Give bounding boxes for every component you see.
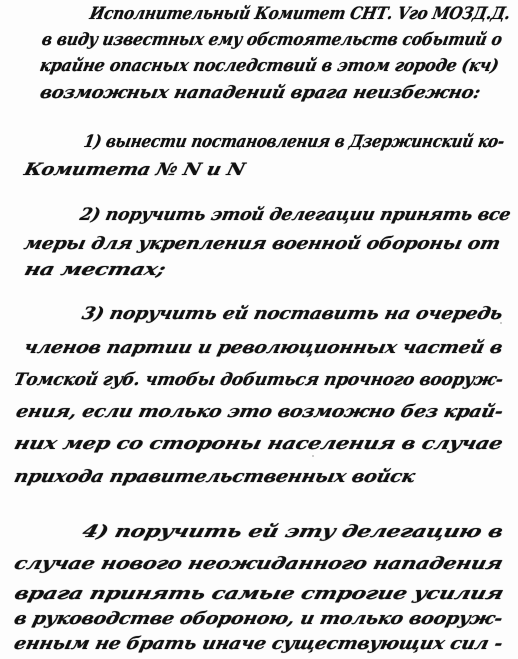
manuscript-line: крайне опасных последствий в этом городе…: [38, 56, 500, 76]
manuscript-page: Исполнительный Комитет СНТ. Vго МОЗД.Д.в…: [0, 0, 518, 659]
manuscript-line: врага принять самые строгие усилия: [12, 584, 506, 604]
scan-speck: [500, 322, 502, 324]
manuscript-line: 2) поручить этой делегации принять все: [78, 205, 512, 225]
manuscript-line: на местах;: [22, 260, 168, 280]
manuscript-line: в руководстве обороною, и только вооруж-: [12, 609, 504, 629]
manuscript-line: Томской губ. чтобы добиться прочного воо…: [12, 370, 505, 390]
manuscript-line: возможных нападений врага неизбежно:: [38, 83, 482, 103]
manuscript-line: в виду известных ему обстоятельств событ…: [40, 30, 504, 50]
manuscript-line: случае нового неожиданного нападения: [12, 554, 505, 574]
manuscript-line: членов партии и революционных частей в: [22, 338, 505, 358]
manuscript-line: ения, если только это возможно без край-: [14, 402, 505, 422]
manuscript-line: прихода правительственных войск: [12, 467, 417, 487]
manuscript-line: енным не брать иначе существующих сил -: [12, 634, 504, 654]
manuscript-line: 1) вынести постановления в Дзержинский к…: [82, 132, 506, 152]
manuscript-line: них мер со стороны населения в случае: [12, 434, 505, 454]
manuscript-line: 3) поручить ей поставить на очередь: [80, 304, 504, 324]
manuscript-line: 4) поручить ей эту делегацию в: [80, 522, 505, 542]
manuscript-line: Исполнительный Комитет СНТ. Vго МОЗД.Д.: [88, 4, 512, 24]
scan-speck: [312, 455, 314, 457]
manuscript-line: Комитета № N и N: [22, 160, 247, 180]
manuscript-line: меры для укрепления военной обороны от: [22, 234, 502, 254]
